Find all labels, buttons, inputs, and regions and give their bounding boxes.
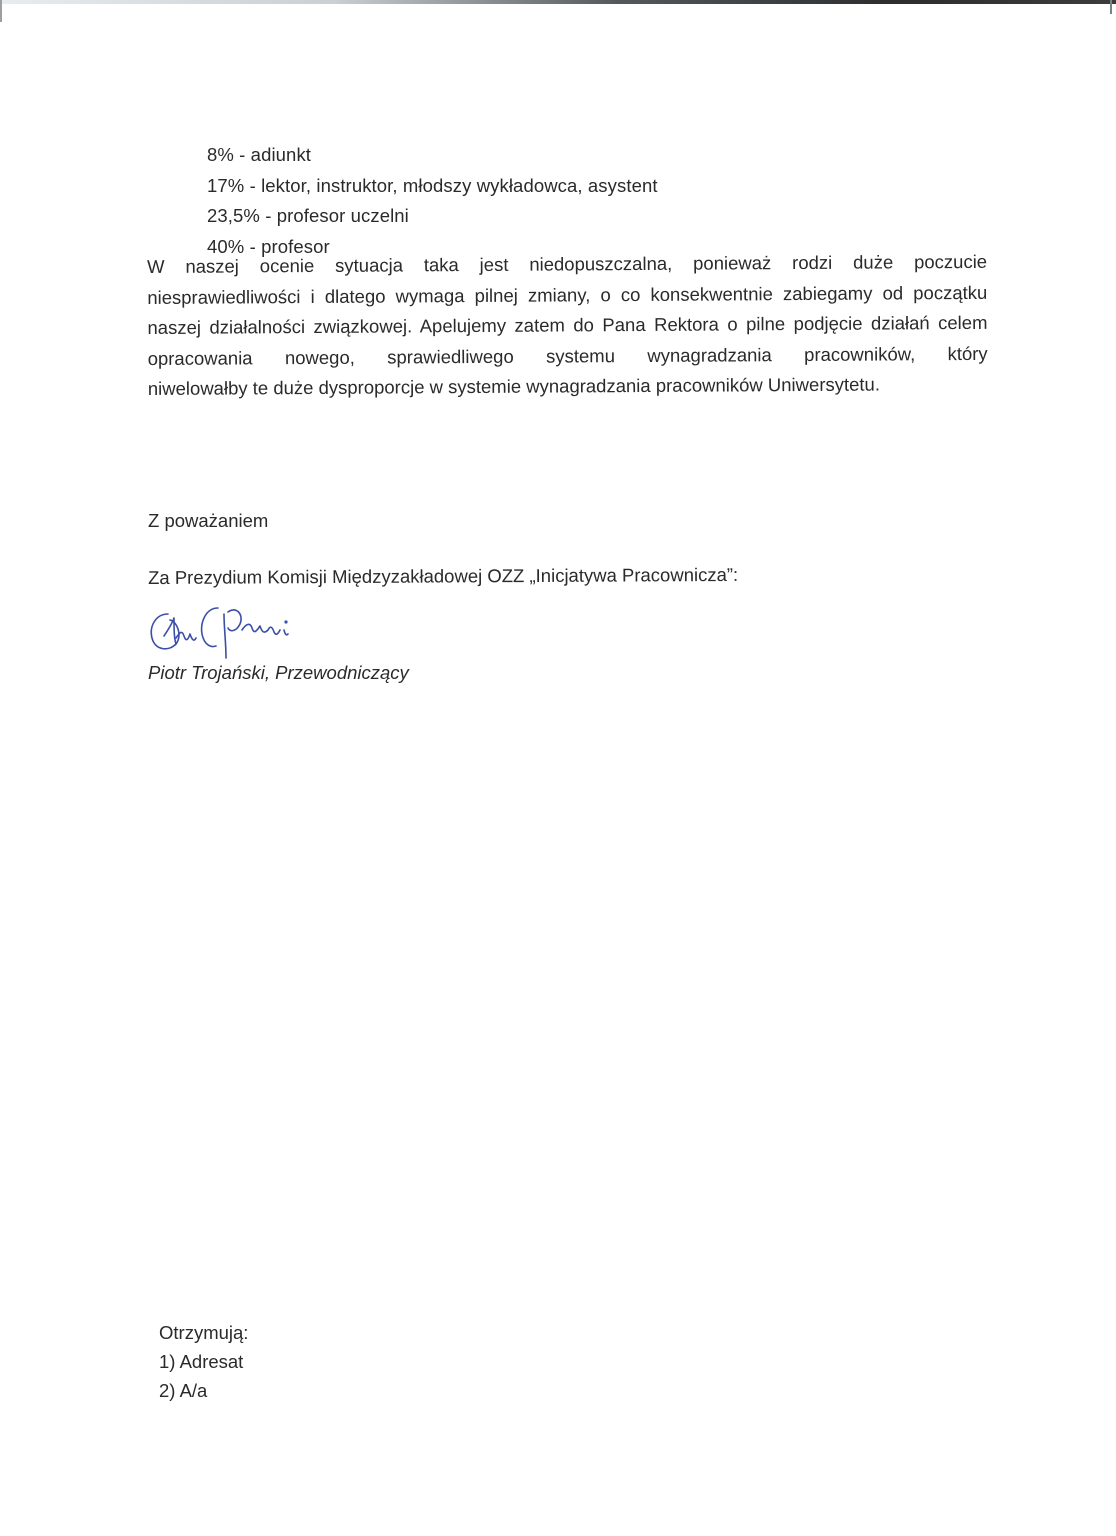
list-item: 17% - lektor, instruktor, młodszy wykład… xyxy=(207,171,658,202)
paragraph-line: niwelowałby te duże dysproporcje w syste… xyxy=(148,369,988,405)
recipients-block: Otrzymują: 1) Adresat 2) A/a xyxy=(159,1318,248,1405)
paragraph-line: W naszej ocenie sytuacja taka jest niedo… xyxy=(147,247,987,283)
recipient-item: 1) Adresat xyxy=(159,1347,248,1376)
body-paragraph: W naszej ocenie sytuacja taka jest niedo… xyxy=(147,247,988,405)
handwritten-signature xyxy=(146,600,346,662)
list-item: 23,5% - profesor uczelni xyxy=(207,201,658,232)
presidium-line: Za Prezydium Komisji Międzyzakładowej OZ… xyxy=(148,564,738,589)
list-item: 8% - adiunkt xyxy=(207,140,658,171)
recipient-item: 2) A/a xyxy=(159,1376,248,1405)
recipients-heading: Otrzymują: xyxy=(159,1318,248,1347)
document-page: 8% - adiunkt 17% - lektor, instruktor, m… xyxy=(0,0,1116,1536)
signer-name: Piotr Trojański, Przewodniczący xyxy=(148,662,409,684)
salary-increase-list: 8% - adiunkt 17% - lektor, instruktor, m… xyxy=(207,140,658,262)
closing-salutation: Z poważaniem xyxy=(148,510,268,532)
paragraph-line: naszej działalności związkowej. Apelujem… xyxy=(147,308,987,344)
